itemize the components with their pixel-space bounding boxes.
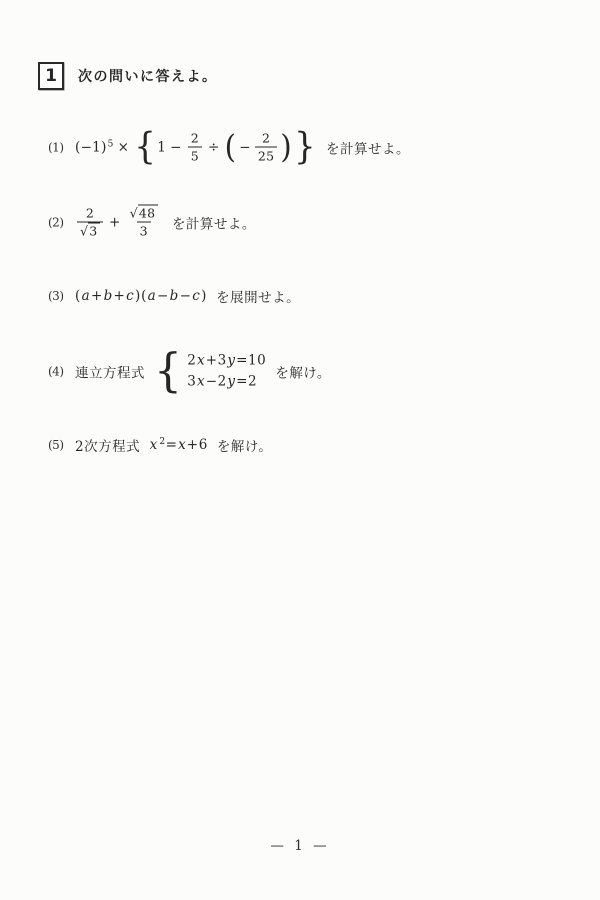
math-base: x2	[149, 437, 166, 453]
fraction-numerator: 2	[259, 131, 273, 147]
fraction-denominator: 25	[255, 147, 278, 164]
problem-4-number: (4)	[48, 364, 75, 378]
section-number-box: 1	[38, 62, 64, 90]
math-term-one: 1	[157, 139, 166, 155]
problem-3-formula: (a+b+c)(a−b−c)	[75, 288, 207, 304]
system-brace: {	[154, 353, 182, 390]
equation-rest: =x+6	[166, 437, 208, 453]
problem-2: (2) 2 √3 + √48 3 を計算せよ。	[48, 206, 256, 239]
multiply-sign: ×	[118, 139, 130, 155]
negative-sign: −	[239, 139, 251, 155]
fraction-denominator: √3	[77, 222, 103, 239]
problem-2-instruction: を計算せよ。	[172, 212, 256, 232]
radicand: 48	[138, 205, 158, 221]
fraction-sqrt48-3: √48 3	[127, 206, 161, 239]
section-title: 次の問いに答えよ。	[78, 66, 218, 86]
fraction-2-5: 2 5	[188, 131, 202, 164]
problem-5-number: (5)	[48, 438, 75, 452]
expression: (a+b+c)(a−b−c)	[75, 288, 207, 304]
open-brace: {	[134, 131, 156, 162]
equation-2: 3x−2y=2	[187, 374, 266, 390]
base-text: x	[149, 437, 158, 453]
problem-4-system: { 2x+3y=10 3x−2y=2	[154, 353, 266, 390]
minus-sign: −	[170, 139, 182, 155]
exam-page: 1 次の問いに答えよ。 (1) (−1)5 × { 1 − 2 5 ÷ ( − …	[0, 0, 600, 900]
problem-4-instruction: を解け。	[275, 361, 330, 381]
fraction-2-sqrt3: 2 √3	[77, 206, 103, 239]
problem-1-number: (1)	[48, 140, 75, 154]
section-number: 1	[45, 66, 57, 86]
exponent: 5	[108, 139, 114, 149]
equation-1: 2x+3y=10	[187, 353, 266, 369]
problem-3-instruction: を展開せよ。	[216, 286, 300, 306]
fraction-denominator: 3	[137, 222, 151, 239]
problem-1: (1) (−1)5 × { 1 − 2 5 ÷ ( − 2 25 ) } を計算…	[48, 131, 410, 164]
problem-5: (5) 2次方程式 x2 =x+6 を解け。	[48, 435, 272, 455]
fraction-numerator: 2	[83, 206, 97, 222]
problem-1-instruction: を計算せよ。	[326, 137, 410, 157]
problem-2-formula: 2 √3 + √48 3	[75, 206, 163, 239]
problem-3-number: (3)	[48, 289, 75, 303]
radicand: 3	[88, 223, 100, 239]
open-paren: (	[225, 134, 237, 161]
fraction-denominator: 5	[188, 147, 202, 164]
problem-4: (4) 連立方程式 { 2x+3y=10 3x−2y=2 を解け。	[48, 353, 331, 390]
equation-list: 2x+3y=10 3x−2y=2	[187, 353, 266, 390]
page-number: — 1 —	[0, 838, 600, 854]
problem-4-lead: 連立方程式	[75, 361, 145, 381]
problem-5-instruction: を解け。	[217, 435, 272, 455]
fraction-2-25: 2 25	[255, 131, 278, 164]
fraction-numerator: 2	[188, 131, 202, 147]
divide-sign: ÷	[208, 139, 220, 155]
plus-sign: +	[109, 214, 121, 230]
math-base: (−1)5	[75, 139, 114, 155]
fraction-numerator: √48	[127, 206, 161, 222]
problem-1-formula: (−1)5 × { 1 − 2 5 ÷ ( − 2 25 ) }	[75, 131, 317, 164]
base-text: (−1)	[75, 139, 107, 155]
exponent: 2	[159, 437, 165, 447]
problem-3: (3) (a+b+c)(a−b−c) を展開せよ。	[48, 286, 300, 306]
close-brace: }	[294, 131, 316, 162]
problem-5-formula: x2 =x+6	[149, 437, 208, 453]
section-header: 1 次の問いに答えよ。	[38, 62, 218, 90]
close-paren: )	[280, 134, 292, 161]
radical-sign: √	[130, 206, 138, 221]
problem-5-lead: 2次方程式	[75, 435, 140, 455]
problem-2-number: (2)	[48, 215, 75, 229]
